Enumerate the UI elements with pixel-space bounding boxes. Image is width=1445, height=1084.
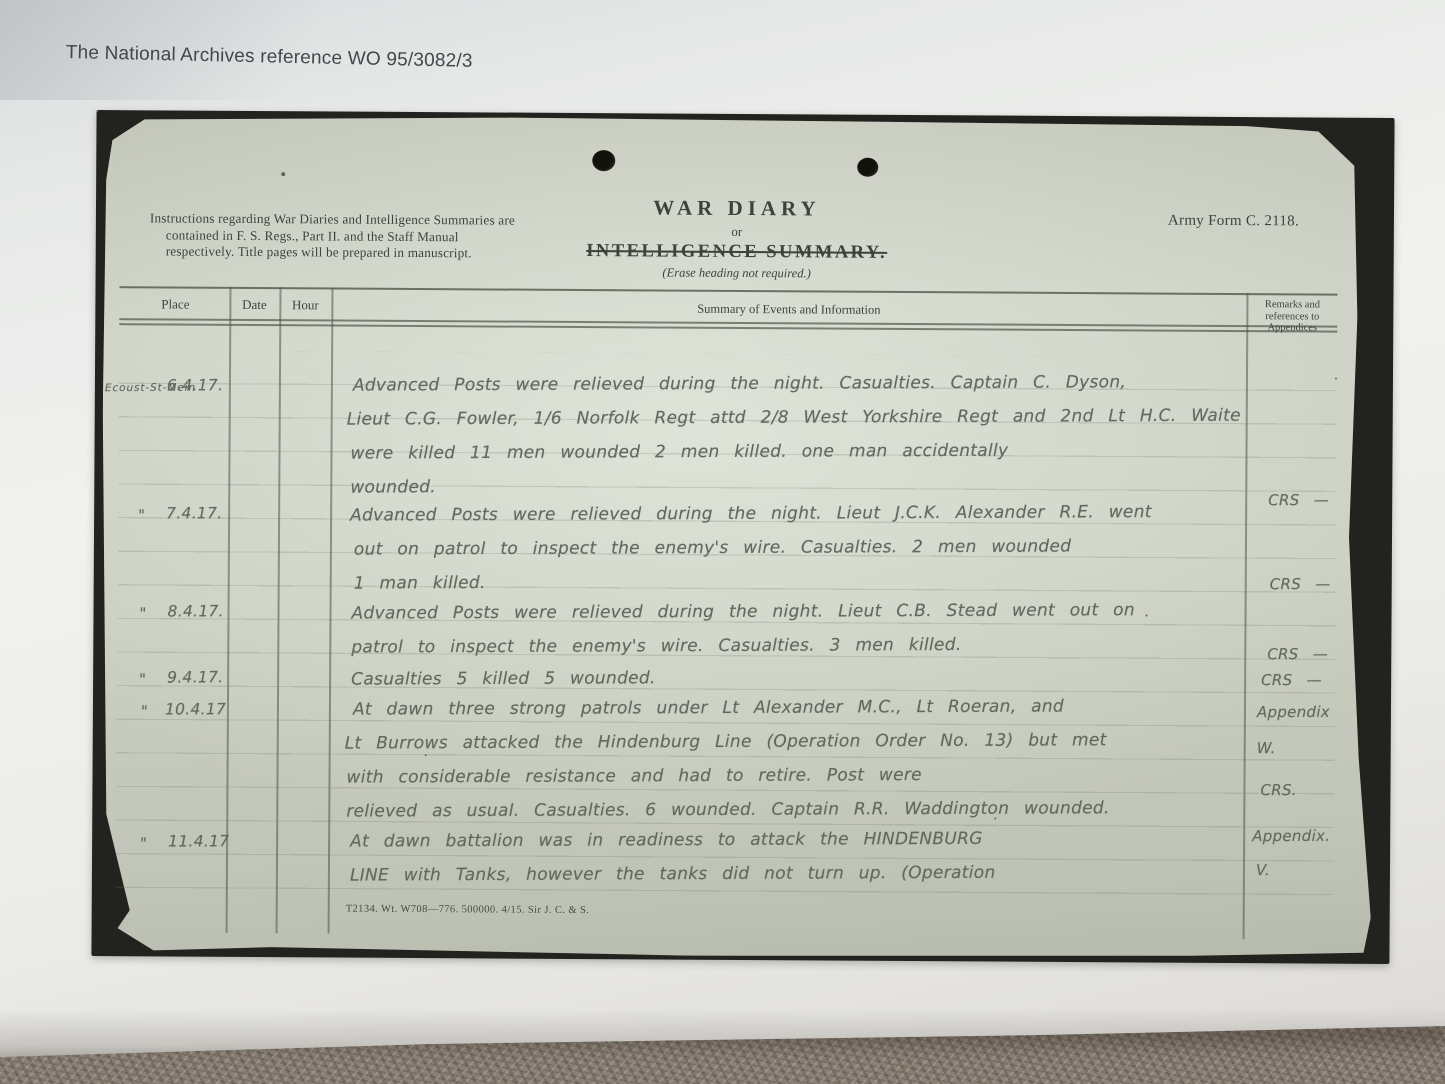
column-header-remarks: Remarks and references to Appendices — [1246, 299, 1338, 334]
ditto-mark: " — [141, 702, 148, 720]
remark-note: CRS. — [1260, 781, 1296, 799]
diary-line: 1 man killed. — [354, 573, 486, 594]
remark-note: V. — [1256, 861, 1270, 879]
form-instructions: Instructions regarding War Diaries and I… — [150, 210, 516, 262]
diary-line: were killed 11 men wounded 2 men killed.… — [350, 441, 1008, 464]
form-title-block: WAR DIARY or INTELLIGENCE SUMMARY. (Eras… — [584, 195, 891, 282]
diary-line: relieved as usual. Casualties. 6 wounded… — [346, 798, 1109, 821]
army-form-number: Army Form C. 2118. — [1168, 213, 1299, 231]
entry-date: 9.4.17. — [167, 668, 223, 686]
ditto-mark: " — [140, 834, 147, 852]
paper-specks — [97, 110, 99, 112]
column-header-hour: Hour — [279, 297, 331, 313]
punch-hole — [857, 158, 878, 177]
entry-date: 8.4.17. — [167, 602, 223, 620]
printer-imprint: T2134. Wt. W708—776. 500000. 4/15. Sir J… — [346, 904, 590, 916]
remark-note: CRS — — [1267, 645, 1328, 663]
column-header-place: Place — [121, 296, 229, 313]
ditto-mark: " — [139, 604, 146, 622]
diary-line: Advanced Posts were relieved during the … — [353, 372, 1126, 395]
remark-note: CRS — — [1261, 671, 1322, 689]
remark-note: W. — [1257, 739, 1276, 757]
remark-note: CRS — — [1268, 491, 1329, 509]
diary-line: At dawn three strong patrols under Lt Al… — [353, 697, 1064, 720]
diary-line: with considerable resistance and had to … — [346, 765, 921, 788]
diary-line: Casualties 5 killed 5 wounded. — [351, 668, 656, 689]
diary-line: patrol to inspect the enemy's wire. Casu… — [351, 635, 961, 658]
entry-date: 7.4.17. — [166, 504, 222, 522]
ditto-mark: " — [138, 506, 145, 524]
diary-line: Lt Burrows attacked the Hindenburg Line … — [345, 730, 1107, 753]
diary-line: Lieut C.G. Fowler, 1/6 Norfolk Regt attd… — [347, 406, 1241, 430]
diary-line: wounded. — [350, 477, 436, 497]
remark-note: Appendix — [1257, 703, 1330, 721]
punch-hole — [592, 150, 615, 171]
diary-line: out on patrol to inspect the enemy's wir… — [354, 536, 1072, 559]
ditto-mark: " — [139, 670, 146, 688]
diary-line: Advanced Posts were relieved during the … — [350, 502, 1152, 525]
form-title-note: (Erase heading not required.) — [584, 265, 890, 282]
entry-date: 11.4.17 — [168, 832, 229, 850]
form-title-or: or — [584, 223, 890, 241]
entry-date: 6.4.17. — [167, 376, 223, 394]
diary-line: LINE with Tanks, however the tanks did n… — [350, 863, 996, 886]
remark-note: Appendix. — [1252, 827, 1330, 845]
remark-note: CRS — — [1270, 575, 1331, 593]
entry-date: 10.4.17 — [165, 700, 226, 718]
diary-line: At dawn battalion was in readiness to at… — [350, 829, 983, 852]
form-title: WAR DIARY — [584, 195, 890, 222]
diary-line: Advanced Posts were relieved during the … — [351, 600, 1134, 623]
column-header-date: Date — [229, 297, 279, 313]
form-title-struck: INTELLIGENCE SUMMARY. — [584, 241, 890, 264]
war-diary-photo: Instructions regarding War Diaries and I… — [91, 110, 1394, 964]
